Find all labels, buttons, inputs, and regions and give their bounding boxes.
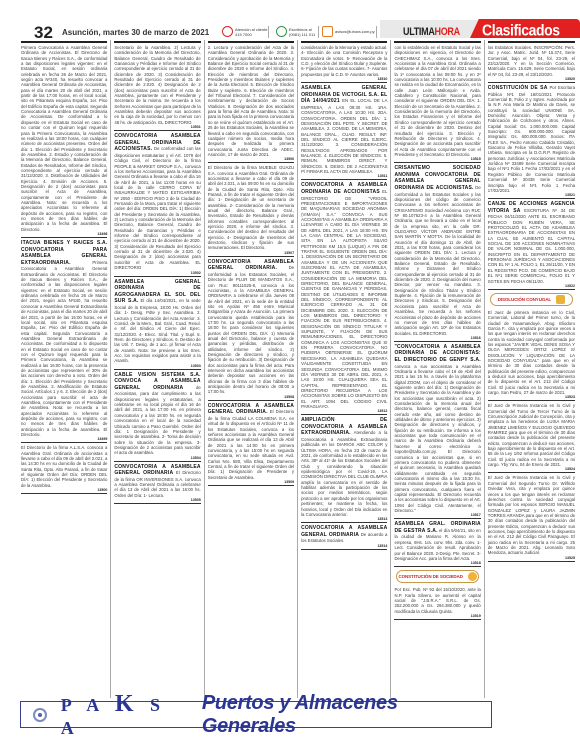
ad-separator [208,400,294,401]
page-header: 32 Asunción, martes 30 de marzo de 2021 … [0,0,580,38]
contact-whatsapp-value: (0981) 111 011 [289,32,315,37]
classified-ad: CONVOCATORIA A ASAMBLEA GENERAL ORDINARI… [114,464,200,505]
ad-code: 13502 [114,271,200,275]
ad-body: El Juez de Primera Instancia en lo Civil… [488,475,575,555]
ad-separator [488,561,575,562]
contact-email-value: avisos@uhora.com.py [335,29,375,34]
paksa-ad-banner[interactable]: P A K S A Puertos y Almacenes Generales [20,701,492,728]
classified-ad: AMPLIACIÓN DE CONVOCATORIA A ASAMBLEA EX… [301,417,387,523]
ad-body: El Juez de primera instancia en lo Civil… [488,310,575,395]
classified-ad: El Directorio de la firma A.L.S.A. convo… [21,445,107,494]
ad-separator [21,493,107,494]
ad-code: 13511 [301,174,387,178]
ad-title: "CONVOCATORIA A ASAMBLEA ORDINARIA DE AC… [394,344,480,363]
ad-body: ESCRITURA Nº 34 DE FECHA 04/11/2020 ANTE… [488,208,575,284]
ad-code: 13519 [394,614,480,618]
classified-ad: CANJE DE ACCIONES AGENCIA VITORIA SA ESC… [488,201,575,290]
ad-separator [394,162,480,163]
ad-title: CONVOCATORIA ASAMBLEA GENERAL ORDINARIA. [208,259,294,272]
ad-body: EL DIRECTORIO DE "VRIGOIL PRESENTACIONES… [301,189,387,409]
ad-body: El día 14/04/2021, en la sede Social de … [114,298,200,363]
ad-body: Primera Convocatoria a Asamblea General … [21,45,107,232]
ad-code: 13508 [208,395,294,399]
paksa-brand: P A K S A [61,691,192,739]
classified-ad: CRISANTEMO SOCIEDAD ANONIMA CONVOCATORIA… [394,165,480,342]
ad-code: 13498 [21,232,107,236]
ad-separator [114,276,200,277]
ad-body: convoca a sus accionistas a Asamblea Ord… [394,364,480,513]
classified-ad: 2. Lectura y consideración del Acta de l… [208,45,294,163]
paksa-emblem-icon [33,708,47,722]
ad-separator [21,442,107,443]
paksa-tagline: Puertos y Almacenes Generales [202,692,491,738]
column-rule [301,41,387,43]
column-rule [394,41,480,43]
ad-code: 13521 [488,193,575,197]
header-divider [376,26,377,38]
ad-code: 13522 [488,284,575,288]
ad-code: 13515 [394,157,480,161]
column-1: Primera Convocatoria a Asamblea General … [18,40,111,698]
ad-code: 13513 [301,517,387,521]
ad-body: consideración de la Memoria y estado act… [301,45,387,77]
ad-title: CABLE VISION SISTEMA S.A. Convoca a Asam… [114,372,200,391]
ad-code: 13506 [208,157,294,161]
page-number: 32 [34,24,53,41]
ad-separator [114,503,200,504]
classified-ad: los Estatutos Sociales. INSCRIPCIÓN: Per… [488,45,575,83]
ad-separator [21,237,107,238]
classified-ad: Secretario de la Asamblea. 2) Lectura y … [114,45,200,131]
ad-separator [114,369,200,370]
contact-whatsapp[interactable]: Escribinos al(0981) 111 011 [276,26,315,37]
ad-body: 2. Lectura y consideración del Acta de l… [208,45,294,157]
classifieds-columns: Primera Convocatoria a Asamblea General … [18,40,578,698]
ad-separator [394,341,480,342]
ad-code: 13510 [301,77,387,81]
classified-ad: CONVOCATORIA A ASAMBLEA GENERAL ORDINARI… [301,525,387,550]
ad-separator [301,179,387,180]
ad-body: De conformidad con las disposiciones est… [114,146,200,270]
classified-ad: El Juez de primera instancia en lo Civil… [488,310,575,402]
classified-ad: CONVOCATORIA A ASAMBLEA GENERAL ORDINARI… [208,403,294,486]
ad-code: 13512 [301,409,387,413]
column-3: 2. Lectura y consideración del Acta de l… [205,40,298,698]
ad-code: 13516 [394,336,480,340]
ad-separator [208,256,294,257]
classified-ad: CONVOCATORIA ASAMBLEA GENERAL ORDINARIA.… [208,259,294,401]
section-badge: CONSTITUCIÓN DE SOCIEDAD [396,570,478,583]
ad-separator [301,82,387,83]
ad-code: 13504 [114,456,200,460]
classified-ad: Primera Convocatoria a Asamblea General … [21,45,107,238]
ad-separator [488,198,575,199]
section-title: Clasificados [482,21,560,39]
ad-code: 13520 [488,77,575,81]
badge-icon [468,572,477,581]
ad-code: 13505 [114,498,200,502]
classified-ad: "CONVOCATORIA A ASAMBLEA ORDINARIA DE AC… [394,344,480,519]
ad-body: De conformidad a los Estatutos Sociales … [394,185,480,336]
ad-code: 13509 [208,480,294,484]
column-6: los Estatutos Sociales. INSCRIPCIÓN: Per… [485,40,578,698]
contact-email[interactable]: avisos@uhora.com.py [322,26,375,37]
column-2: Secretario de la Asamblea. 2) Lectura y … [111,40,204,698]
section-badge-label: CONSTITUCIÓN DE SOCIEDAD [398,574,462,579]
ad-separator [394,518,480,519]
ad-code: 13524 [488,467,575,471]
ad-body: El Directorio de la firma Ciudad LA COLM… [208,409,294,479]
column-rule [208,41,294,43]
ad-code: 13499 [21,437,107,441]
contact-phone-value: 415 7000 [235,32,252,37]
classified-ad: CABLE VISION SISTEMA S.A. Convoca a Asam… [114,372,200,462]
whatsapp-icon [276,26,287,37]
phone-icon [222,26,233,37]
ad-separator [488,400,575,401]
ad-code: 13501 [114,125,200,129]
ad-body: Secretario de la Asamblea. 2) Lectura y … [114,45,200,125]
column-5: con lo establecido en el Estatuto Social… [391,40,484,698]
section-badge-label: DISOLUCIÓN CONYUGAL [498,297,551,302]
ad-title: CONSTITUCIÓN DE SA [488,85,548,91]
header-divider [268,26,269,38]
ad-title: CONVOCATORIA A ASAMBLEA ORDINARIA DE ACC… [301,182,387,195]
ad-body: EN EL LOCAL DE LA EMPRESA, A LAS 09:30 H… [301,98,387,174]
ad-body: El Directorio de la firma A.L.S.A. convo… [21,445,107,487]
classified-ad: CONSTITUCIÓN DE SA Por Escritura Pública… [488,85,575,199]
classified-ad: CONVOCATORIA ASAMBLEA GENERAL ORDINARIA … [114,133,200,276]
ad-code: 13518 [394,561,480,565]
ad-body: los Estatutos Sociales. INSCRIPCIÓN: Per… [488,45,575,77]
ad-separator [114,461,200,462]
section-badge: DISOLUCIÓN CONYUGAL [490,293,573,306]
ad-code: 13500 [21,488,107,492]
ad-code: 13517 [394,513,480,517]
ad-separator [488,82,575,83]
ad-separator [208,485,294,486]
classified-ad: ASAMBLEA GENERAL ORDINARIA DE VICTOGIL S… [301,85,387,180]
ad-code: 13507 [208,251,294,255]
ad-separator [488,289,575,290]
ad-separator [394,619,480,620]
mail-icon [322,26,333,37]
ad-body: De conformidad a los Estatutos Sociales,… [208,265,294,394]
ad-separator [488,472,575,473]
ad-separator [114,130,200,131]
publication-date: Asunción, martes 30 de marzo de 2021 [62,28,209,37]
ad-body: Atendiendo a la Convocatoria a Asamblea … [301,430,387,516]
ad-body: El Directorio de la firma MUEBLE GUAZU S… [208,165,294,250]
classified-ad: El Juez de Primera Instancia en lo Civil… [488,403,575,473]
classified-ad: El Juez de Primera Instancia en lo Civil… [488,475,575,561]
ad-separator [301,414,387,415]
badge-icon [556,295,565,304]
ad-title: CRISANTEMO SOCIEDAD ANONIMA CONVOCATORIA… [394,165,480,191]
classified-ad: CONVOCATORIA A ASAMBLEA ORDINARIA DE ACC… [301,182,387,415]
ad-separator [394,566,480,567]
column-rule [114,41,200,43]
classified-ad: ITACUA BIENES Y RAICES S.A. CONVOCATORIA… [21,240,107,443]
ad-separator [301,549,387,550]
ad-body: El Juez de Primera Instancia en lo Civil… [488,403,575,467]
ad-separator [301,522,387,523]
ultimahora-logo: ULTIMAHORA [403,25,460,38]
ad-separator [208,162,294,163]
classified-ad: con lo establecido en el Estatuto Social… [394,45,480,163]
ad-body: Primera Convocatoria a Asamblea General … [21,260,107,437]
ad-body: Por Esc. Pub. Nº 92 del 15/10/2020, ante… [394,587,480,613]
ad-body: con lo establecido en el Estatuto Social… [394,45,480,157]
classified-ad: ASAMBLEA GRAL. ORDINARIA DE GESTRA S.A. … [394,521,480,567]
column-4: consideración de la Memoria y estado act… [298,40,391,698]
classified-ad: consideración de la Memoria y estado act… [301,45,387,83]
column-rule [488,41,575,43]
column-rule [21,41,107,43]
contact-phone[interactable]: Atención al cliente415 7000 [222,26,267,37]
ad-code: 13525 [488,556,575,560]
ad-body: de Accionistas, para dar cumplimiento a … [114,385,200,455]
ad-code: 13503 [114,364,200,368]
classified-ad: ASAMBLEA GENERAL ORDINARIA DE AGROGANADE… [114,279,200,370]
classified-ad: Por Esc. Pub. Nº 92 del 15/10/2020, ante… [394,587,480,620]
ad-body: Por Escritura Pública Nº1 Del 18/01/2021… [488,85,575,193]
classified-ad: El Directorio de la firma MUEBLE GUAZU S… [208,165,294,257]
ad-code: 13514 [301,544,387,548]
ad-code: 13523 [488,395,575,399]
header-divider [318,26,319,38]
